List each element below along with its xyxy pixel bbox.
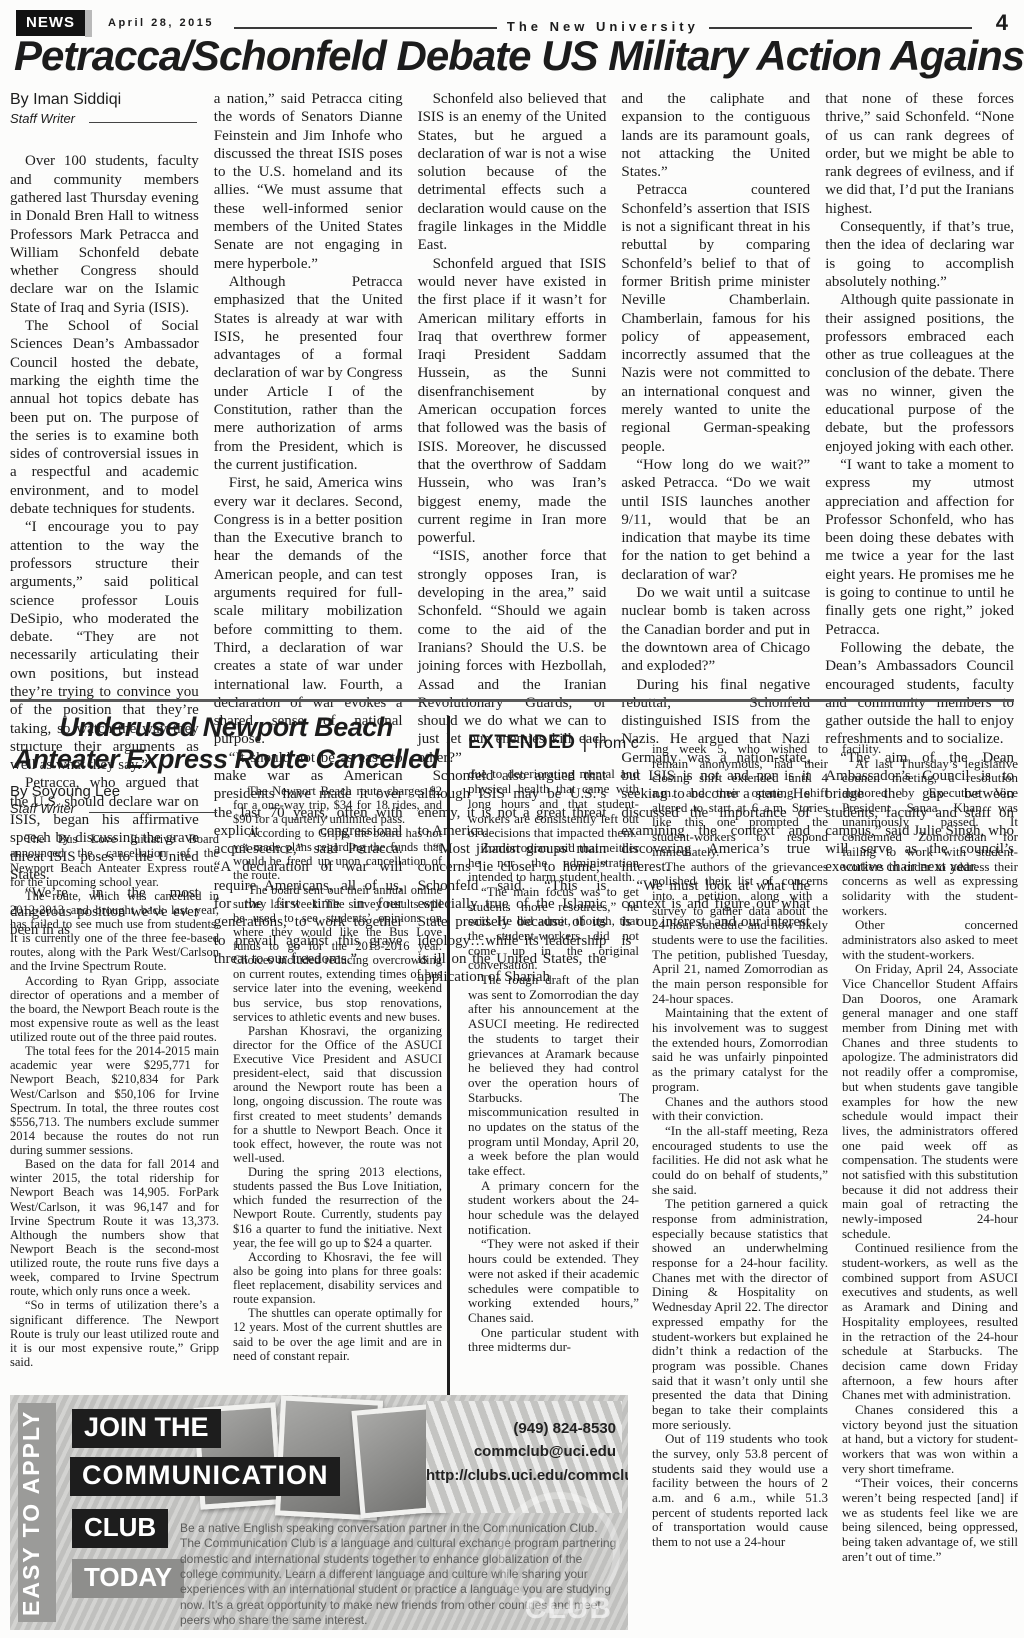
article2-headline-line2: Anteater Express Route Cancelled [10,744,442,776]
paragraph: During the spring 2013 elections, studen… [233,1165,442,1250]
paragraph: Although Petracca emphasized that the Un… [214,273,403,474]
paragraph: The rough draft of the plan was sent to … [468,973,639,1179]
paragraph: “The main focus was to get students more… [468,885,639,973]
paragraph: that none of these forces thrive,” said … [825,90,1014,218]
byline-rule [89,812,217,813]
article2-column-1: By Soyoung Lee Staff Writer The Bus Love… [10,784,219,1369]
ad-contact-info: (949) 824-8530 commclub@uci.edu http://c… [426,1417,616,1487]
paragraph: Zomorrodian said that neither he nor the… [468,841,639,885]
paragraph: Chanes and the authors stood with their … [652,1095,828,1124]
paragraph: The total fees for the 2014-2015 main ac… [10,1044,219,1157]
paragraph: One particular student with three midter… [468,1326,639,1355]
article2: Underused Newport Beach Anteater Express… [10,712,442,1369]
extended-column-2: ing week 5, who wished to remain anonymo… [652,742,828,1630]
paragraph: A primary concern for the student worker… [468,1179,639,1238]
paragraph: “They were not asked if their hours coul… [468,1237,639,1325]
extended-column-1: EXTENDED|from cover due to deteriorating… [447,716,639,1395]
paragraph: The shuttles can operate optimally for 1… [233,1306,442,1363]
ad-email: commclub@uci.edu [426,1440,616,1463]
paragraph: “In the all-staff meeting, Reza encourag… [652,1124,828,1197]
paragraph: Other concerned administrators also aske… [842,918,1018,962]
ad-title-line2: COMMUNICATION [70,1457,340,1496]
kicker-note: from cover [594,735,639,752]
paragraph: Over 100 students, faculty and community… [10,152,199,317]
newspaper-page: NEWS April 28, 2015 The New University 4… [0,0,1024,1638]
article2-col1-text: The Bus Love Initiative Board announced … [10,832,219,1369]
paragraph: Parshan Khosravi, the organizing directo… [233,1024,442,1165]
paragraph: Schonfeld argued that ISIS would never h… [418,255,607,548]
ad-phone: (949) 824-8530 [426,1417,616,1440]
paragraph: First, he said, America wins every war i… [214,474,403,748]
byline-role: Staff Writer [10,111,75,127]
paragraph: According to Khosravi, the fee will also… [233,1250,442,1307]
article2-headline-line1: Underused Newport Beach [10,712,442,744]
paragraph: Based on the data for fall 2014 and wint… [10,1157,219,1298]
article1-byline: By Iman Siddiqi Staff Writer [10,90,199,126]
article1-headline: Petracca/Schonfeld Debate US Military Ac… [14,32,1010,80]
paragraph: Continued resilience from the student-wo… [842,1241,1018,1403]
paragraph: Petracca countered Schonfeld’s assertion… [621,181,810,455]
ad-vertical-text: EASY TO APPLY [18,1403,56,1622]
paragraph: The Bus Love Initiative Board announced … [10,832,219,889]
paragraph: According to Ryan Gripp, associate direc… [10,974,219,1045]
byline-rule [89,122,197,123]
article2-column-2: The Newport Beach route charges $2 for a… [233,784,442,1369]
paragraph: The Newport Beach route charges $2 for a… [233,784,442,826]
extended-col1-text: due to deteriorating mental and physical… [468,767,639,1355]
paragraph: On Friday, April 24, Associate Vice Chan… [842,962,1018,1241]
byline-author: By Soyoung Lee [10,784,219,801]
article2-headline: Underused Newport Beach Anteater Express… [10,712,442,776]
paragraph: due to deteriorating mental and physical… [468,767,639,840]
paragraph: The petition garnered a quick response f… [652,1197,828,1432]
section-divider-rule [10,699,1014,702]
paragraph: “Their voices, their concerns weren’t be… [842,1476,1018,1564]
paragraph: “So in terms of utilization there’s a si… [10,1298,219,1369]
paragraph: Maintaining that the extent of his invol… [652,1006,828,1094]
paragraph: “I want to take a moment to express my u… [825,456,1014,639]
paragraph: ing week 5, who wished to remain anonymo… [652,742,828,860]
issue-date: April 28, 2015 [108,17,214,29]
paragraph: a nation,” said Petracca citing the word… [214,90,403,273]
ad-title-line3: CLUB [72,1509,168,1548]
paragraph: The route, which was cancelled in 2012-2… [10,889,219,974]
byline-author: By Iman Siddiqi [10,90,199,110]
extended-column-3: facility.At last Thursday’s legislative … [842,742,1018,1630]
masthead-rule-left [234,26,497,29]
kicker-separator: | [582,732,587,752]
masthead-rule-right [709,26,972,29]
paragraph: facility. [842,742,1018,757]
extended-kicker: EXTENDED|from cover [468,732,639,753]
paragraph: Chanes considered this a victory beyond … [842,1403,1018,1476]
paragraph: At last Thursday’s legislative council m… [842,757,1018,919]
kicker-label: EXTENDED [468,732,575,753]
paragraph: and the caliphate and expansion to the c… [621,90,810,181]
paragraph: Schonfeld also believed that ISIS is an … [418,90,607,255]
paragraph: Although quite passionate in their assig… [825,291,1014,456]
paragraph: The board sent out their annual online s… [233,883,442,1024]
paragraph: “How long do we wait?” asked Petracca. “… [621,456,810,584]
communication-club-ad: EASY TO APPLY JOIN THE COMMUNICATION CLU… [10,1395,628,1630]
paragraph: Do we wait until a suitcase nuclear bomb… [621,584,810,675]
paragraph: The authors of the grievances polished t… [652,860,828,1007]
article2-byline: By Soyoung Lee Staff Writer [10,784,219,817]
paragraph: Consequently, if that’s true, then the i… [825,218,1014,291]
ad-url: http://clubs.uci.edu/commclub/ [426,1464,616,1487]
byline-role: Staff Writer [10,802,75,817]
ad-title-line1: JOIN THE [72,1409,221,1448]
ad-watermark: CLUB [525,1592,612,1626]
paragraph: Following the debate, the Dean’s Ambassa… [825,639,1014,749]
paragraph: According to Gripp, the board has not ye… [233,826,442,883]
paragraph: The School of Social Sciences Dean’s Amb… [10,317,199,518]
paragraph: Out of 119 students who took the survey,… [652,1432,828,1550]
ad-title-line4: TODAY [72,1559,184,1598]
